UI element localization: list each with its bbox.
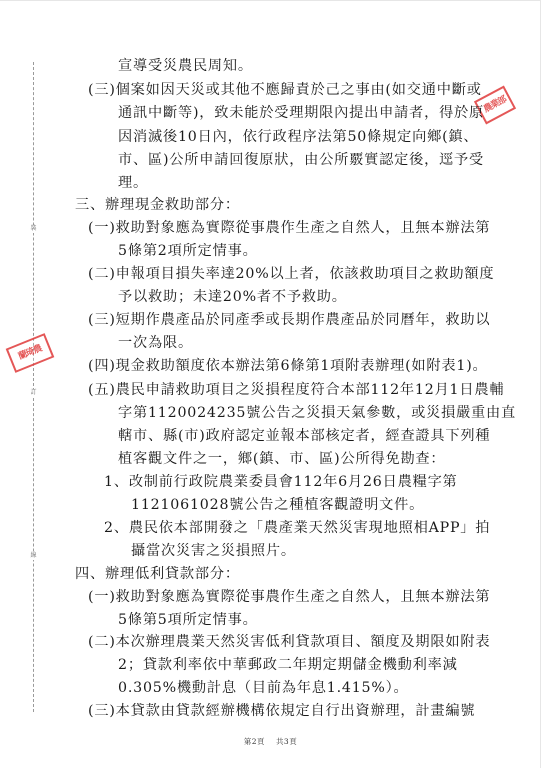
text-line: 2；貸款利率依中華郵政二年期定期儲金機動利率減 [118, 656, 458, 674]
page-number: 第2頁 [244, 737, 265, 746]
text-line: 植客觀文件之一，鄉(鎮、市、區)公所得免勘查： [118, 450, 445, 468]
text-line: (一)救助對象應為實際從事農作生產之自然人，且無本辦法第 [88, 588, 490, 606]
text-line: (三)本貸款由貸款經辦機構依規定自行出資辦理，計畫編號 [88, 702, 475, 720]
text-line: (四)現金救助額度依本辦法第6條第1項附表辦理(如附表1)。 [88, 357, 488, 375]
margin-label-xian: 線 [28, 552, 39, 560]
seal-text: 農業部 [482, 95, 508, 115]
text-line: 通訊中斷等)，致未能於受理期限內提出申請者，得於原 [118, 104, 484, 122]
text-line: (五)農民申請救助項目之災損程度符合本部112年12月1日農輔 [88, 381, 504, 399]
text-line: 三、辦理現金救助部分： [75, 196, 240, 214]
text-line: (二)申報項目損失率達20%以上者，依該救助項目之救助額度 [88, 265, 494, 283]
text-line: 1、改制前行政院農業委員會112年6月26日農糧字第 [104, 473, 458, 491]
text-line: 市、區)公所申請回復原狀，由公所覈實認定後，逕予受 [118, 151, 484, 169]
text-line: 0.305%機動計息（目前為年息1.415%）。 [118, 679, 409, 697]
text-line: 一次為限。 [118, 334, 193, 352]
text-line: 攝當次災害之災損照片。 [131, 542, 296, 560]
margin-label-ding: 訂 [28, 389, 39, 397]
text-line: 5條第5項所定情事。 [118, 611, 258, 629]
text-line: 因消滅後10日內，依行政程序法第50條規定向鄉(鎮、 [118, 128, 478, 146]
text-line: 予以救助；未達20%者不予救助。 [118, 288, 347, 306]
text-line: 2、農民依本部開發之「農產業天然災害現地照相APP」拍 [104, 519, 490, 537]
text-line: 1121061028號公告之種植客觀證明文件。 [131, 496, 424, 514]
text-line: (三)個案如因天災或其他不應歸責於己之事由(如交通中斷或 [88, 81, 482, 99]
text-line: 四、辦理低利貸款部分： [75, 565, 240, 583]
page-footer: 第2頁 共3頁 [0, 736, 541, 747]
binding-dashed-line [33, 62, 34, 712]
text-line: 轄市、縣(市)政府認定並報本部核定者，經查證具下列種 [118, 427, 490, 445]
seal-text: 蘭琦農 [17, 344, 43, 362]
margin-label-zhuang: 裝 [28, 225, 39, 233]
page-total: 共3頁 [276, 737, 297, 746]
text-line: 理。 [118, 174, 148, 192]
text-line: (三)短期作農產品於同產季或長期作農產品於同曆年，救助以 [88, 311, 490, 329]
text-line: (二)本次辦理農業天然災害低利貸款項目、額度及期限如附表 [88, 633, 490, 651]
text-line: 宣導受災農民周知。 [118, 57, 253, 75]
text-line: 字第1120024235號公告之災損天氣參數，或災損嚴重由直 [118, 404, 516, 422]
text-line: 5條第2項所定情事。 [118, 242, 258, 260]
text-line: (一)救助對象應為實際從事農作生產之自然人，且無本辦法第 [88, 219, 490, 237]
